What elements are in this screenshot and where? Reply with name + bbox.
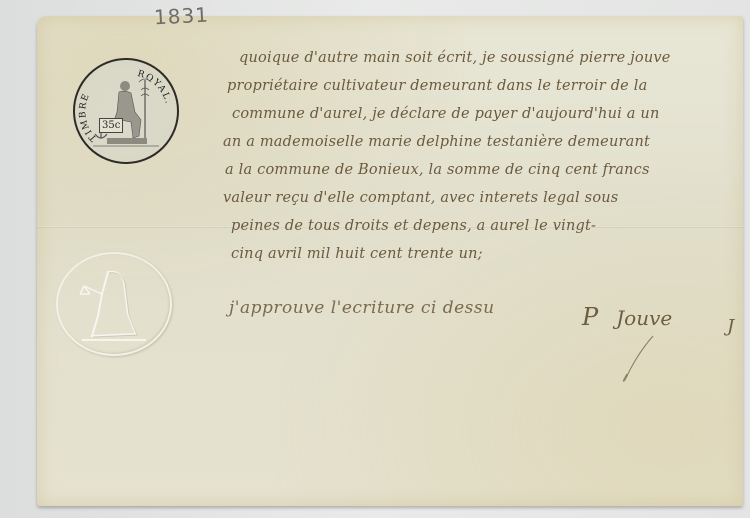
- approval-line: j'approuve l'ecriture ci dessu: [229, 298, 495, 318]
- body-line: commune d'aurel, je déclare de payer d'a…: [187, 100, 732, 128]
- body-line: valeur reçu d'elle comptant, avec intere…: [187, 184, 732, 212]
- signature: PJouve: [582, 303, 672, 331]
- year-annotation: 1831: [153, 3, 209, 30]
- royal-tax-stamp: TIMBRE ROYAL. 35c: [73, 58, 179, 164]
- body-line: peines de tous droits et depens, a aurel…: [187, 212, 732, 240]
- body-line: cinq avril mil huit cent trente un;: [187, 240, 732, 268]
- signature-flourish-icon: [617, 334, 657, 384]
- stamp-value: 35c: [99, 118, 123, 133]
- signature-name: Jouve: [616, 306, 672, 330]
- document-body: quoique d'autre main soit écrit, je sous…: [187, 44, 732, 268]
- embossed-seal: [56, 252, 172, 356]
- document-paper: 1831 TIMBRE ROYAL. 35c: [37, 16, 743, 506]
- seated-mercury-icon: TIMBRE ROYAL.: [75, 60, 177, 162]
- signature-initial: P: [582, 303, 598, 331]
- svg-text:ROYAL.: ROYAL.: [136, 69, 173, 106]
- body-line: quoique d'autre main soit écrit, je sous…: [187, 44, 732, 72]
- seated-justice-icon: [58, 254, 170, 354]
- signature-paraph: J: [727, 319, 734, 335]
- body-line: a la commune de Bonieux, la somme de cin…: [187, 156, 732, 184]
- paraph-glyph: J: [727, 316, 734, 337]
- body-line: an a mademoiselle marie delphine testani…: [187, 128, 732, 156]
- body-line: propriétaire cultivateur demeurant dans …: [187, 72, 732, 100]
